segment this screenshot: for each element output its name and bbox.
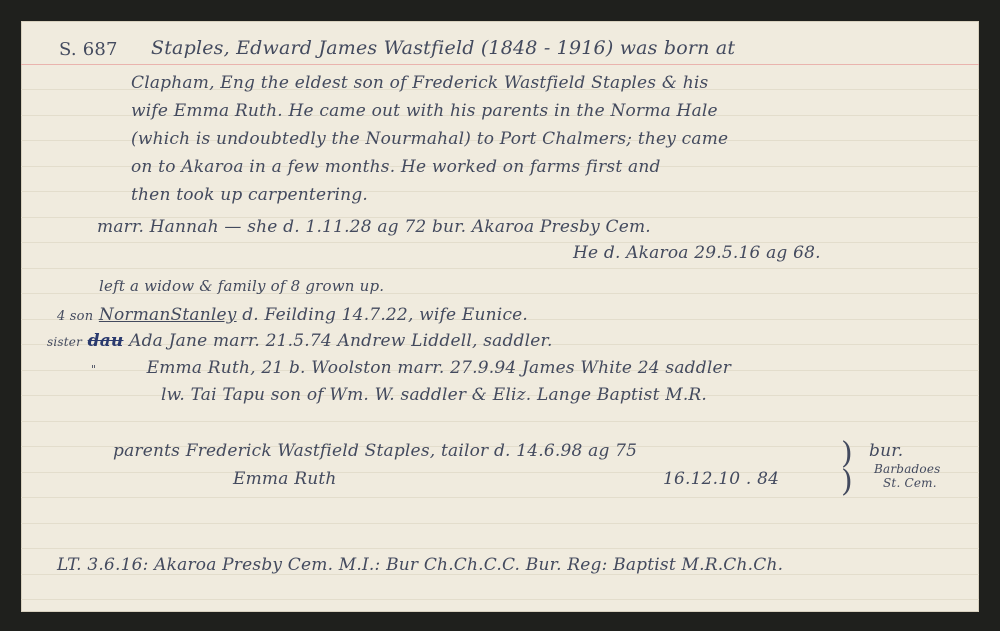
relative-text: d. Feilding 14.7.22, wife Eunice. (242, 305, 528, 325)
relative-row-sister: sister dau Ada Jane marr. 21.5.74 Andrew… (47, 331, 553, 351)
ruled-line (21, 497, 979, 498)
parents-mother-date: 16.12.10 . 84 (663, 469, 779, 489)
ruled-line (21, 599, 979, 600)
marriage-line: marr. Hannah — she d. 1.11.28 ag 72 bur.… (97, 217, 651, 237)
index-card: S. 687 Staples, Edward James Wastfield (… (21, 21, 979, 612)
card-reference-number: S. 687 (59, 39, 118, 60)
ruled-line (21, 242, 979, 243)
ditto-mark: " (91, 363, 141, 376)
relative-row-husband-details: lw. Tai Tapu son of Wm. W. saddler & Eli… (161, 385, 707, 405)
biography-line-5: then took up carpentering. (131, 185, 368, 205)
struck-text: dau (88, 331, 124, 351)
underlined-name: Norman (99, 305, 171, 325)
burial-label: bur. (869, 441, 903, 461)
burial-cemetery-1: Barbadoes (874, 463, 941, 476)
brace-bottom: ) (841, 467, 853, 497)
sources-line: LT. 3.6.16: Akaroa Presby Cem. M.I.: Bur… (57, 555, 783, 575)
relative-row-sister-2: " Emma Ruth, 21 b. Woolston marr. 27.9.9… (91, 358, 731, 378)
ruled-line (21, 421, 979, 422)
card-title-line: Staples, Edward James Wastfield (1848 - … (151, 37, 735, 59)
family-note: left a widow & family of 8 grown up. (99, 277, 384, 295)
burial-cemetery-2: St. Cem. (883, 477, 937, 490)
red-header-rule (21, 64, 979, 65)
ruled-line (21, 548, 979, 549)
relative-text: Emma Ruth, 21 b. Woolston marr. 27.9.94 … (147, 358, 731, 378)
ruled-line (21, 268, 979, 269)
parents-line: parents Frederick Wastfield Staples, tai… (113, 441, 637, 461)
biography-line-1: Clapham, Eng the eldest son of Frederick… (131, 73, 709, 93)
biography-line-4: on to Akaroa in a few months. He worked … (131, 157, 661, 177)
relative-row-son: 4 son NormanStanley d. Feilding 14.7.22,… (57, 305, 528, 325)
ruled-line (21, 523, 979, 524)
ruled-line (21, 472, 979, 473)
biography-line-2: wife Emma Ruth. He came out with his par… (131, 101, 718, 121)
parents-mother-name: Emma Ruth (233, 469, 337, 489)
biography-line-3: (which is undoubtedly the Nourmahal) to … (131, 129, 728, 149)
underlined-name: Stanley (171, 305, 237, 325)
relative-text: Ada Jane marr. 21.5.74 Andrew Liddell, s… (129, 331, 552, 351)
death-line: He d. Akaroa 29.5.16 ag 68. (573, 243, 821, 263)
relative-prefix: 4 son (57, 309, 93, 324)
relative-prefix: sister (47, 335, 82, 349)
